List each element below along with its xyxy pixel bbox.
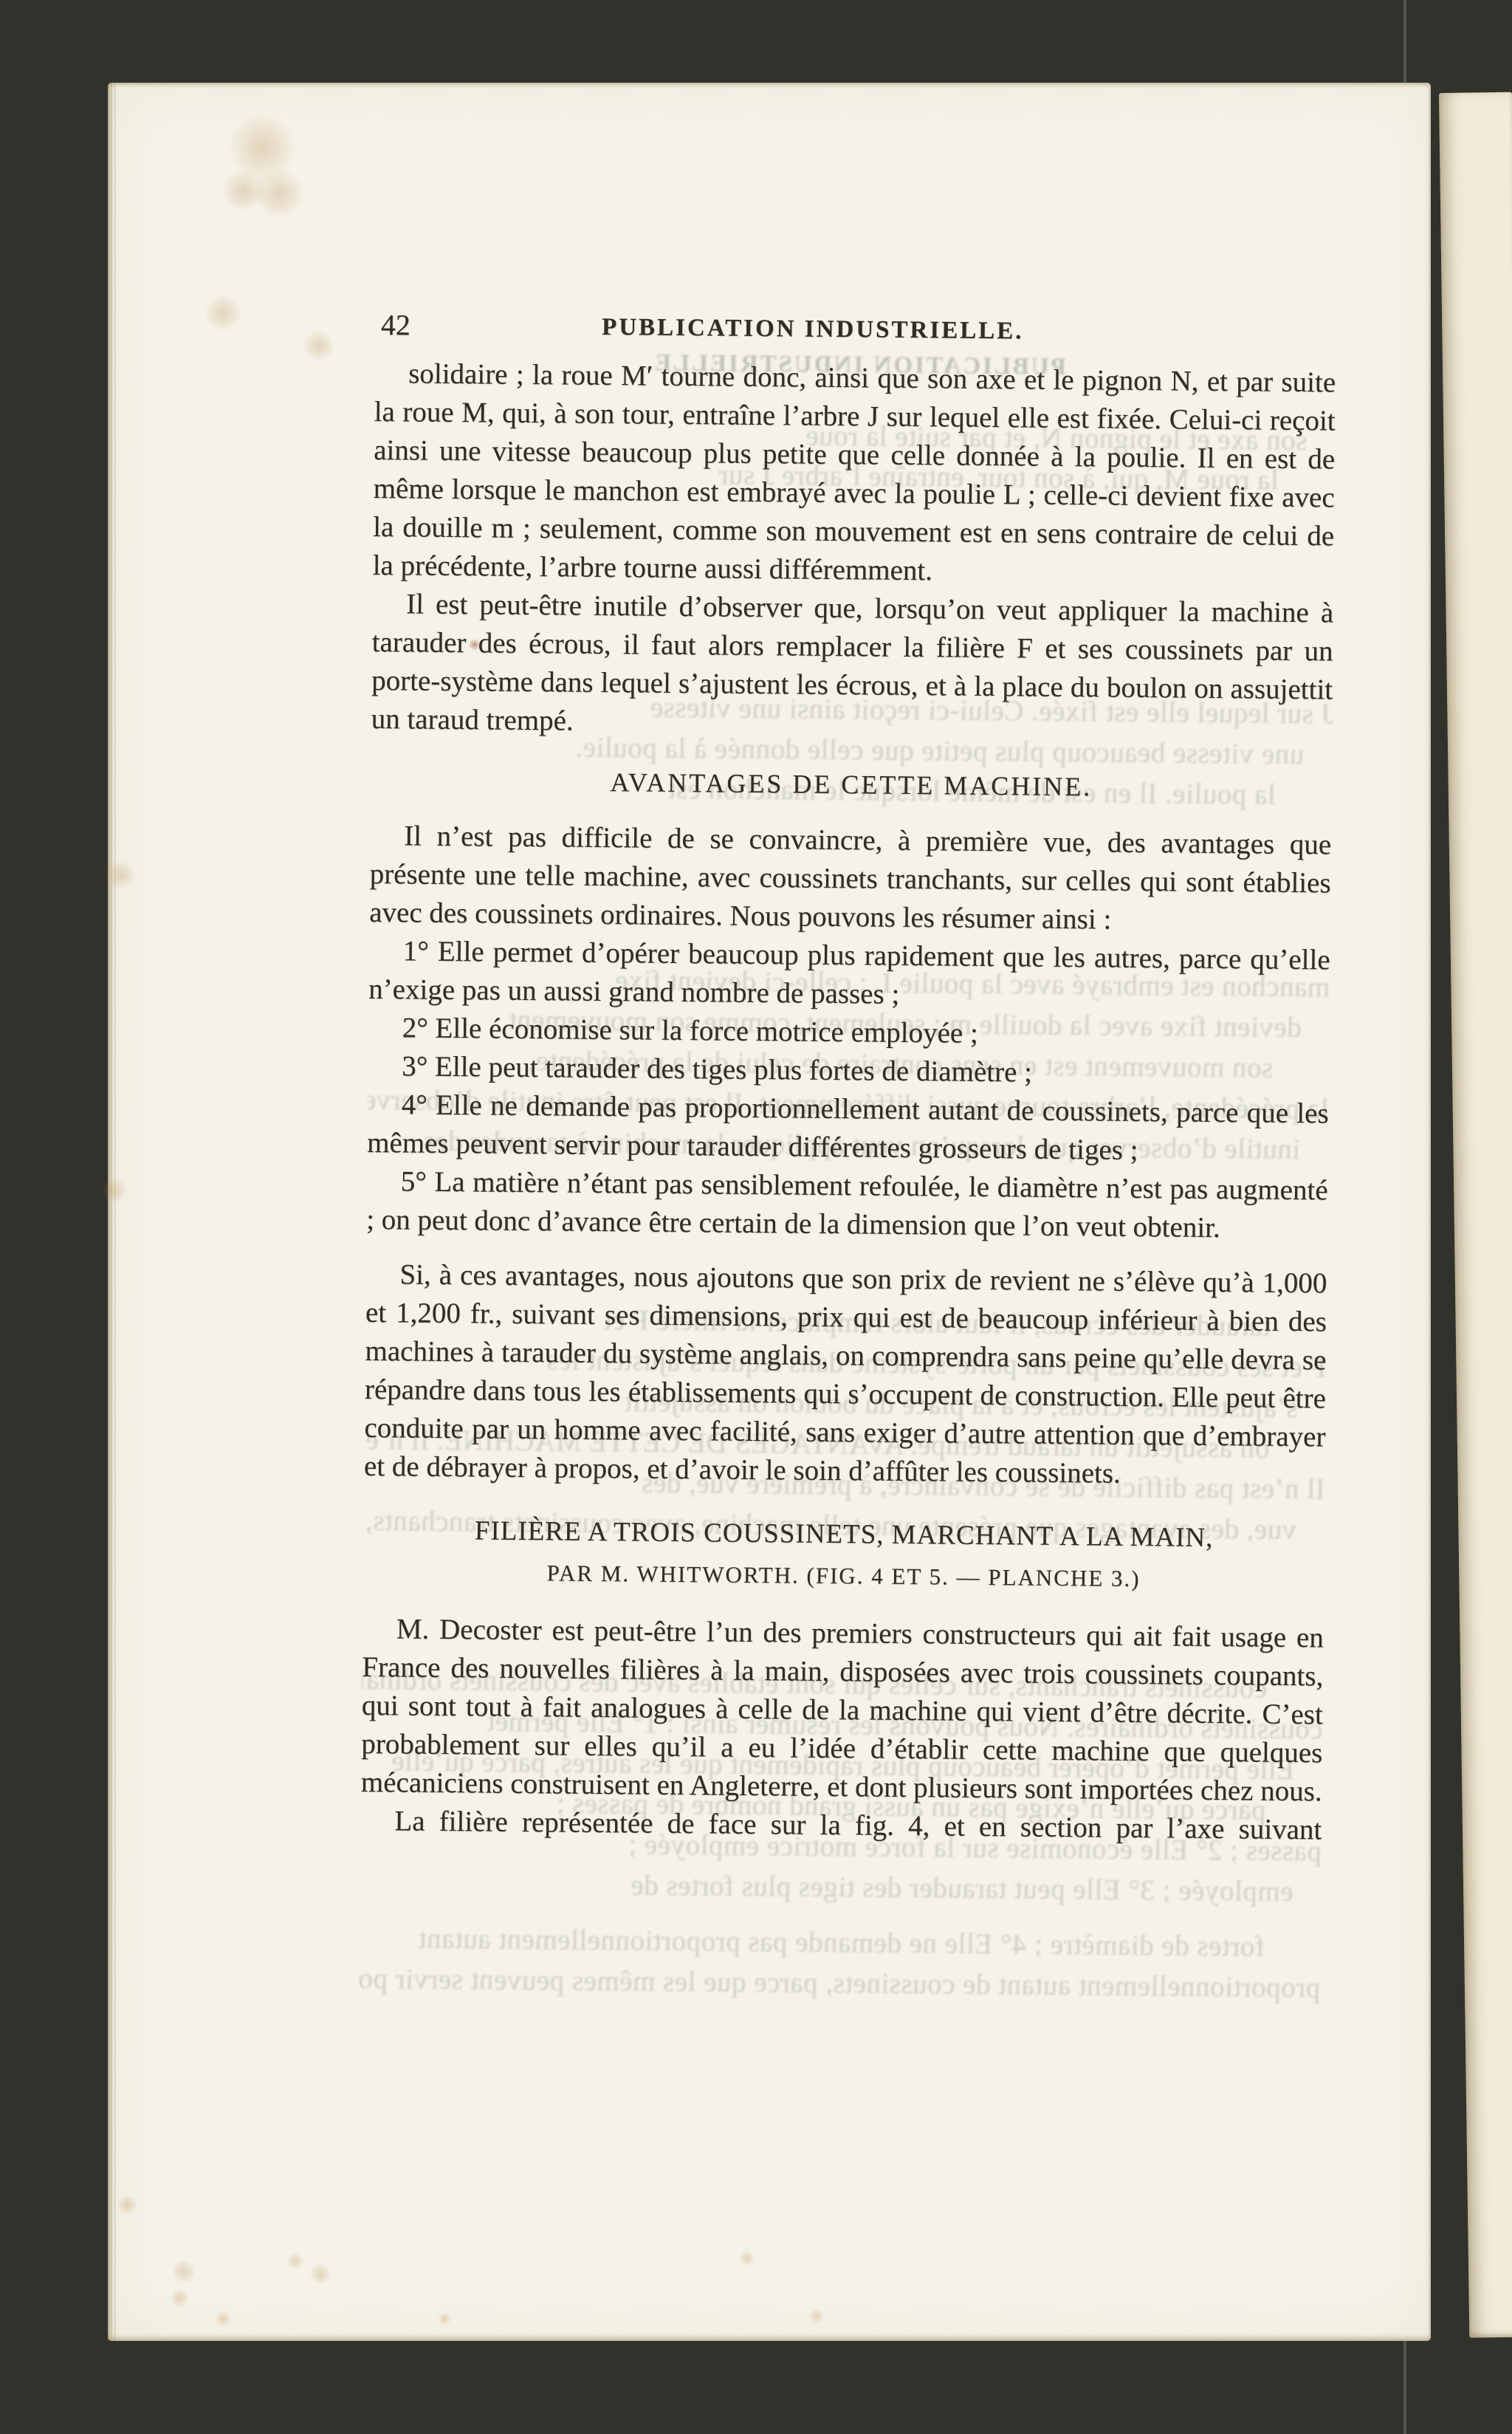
foxing-stain (215, 2311, 231, 2327)
list-item: 5° La matière n’étant pas sensiblement r… (366, 1162, 1328, 1248)
text-flow: solidaire ; la roue M′ tourne donc, ains… (360, 354, 1336, 1849)
paragraph: Il n’est pas difficile de se convaincre,… (369, 817, 1331, 941)
foxing-stain (809, 2308, 824, 2323)
paragraph: solidaire ; la roue M′ tourne donc, ains… (372, 354, 1336, 594)
page-header: 42 PUBLICATION INDUSTRIELLE. (375, 306, 1336, 353)
book-page: PUBLICATION INDUSTRIELLE.son axe et le p… (108, 83, 1431, 2341)
list-item: 1° Elle permet d’opérer beaucoup plus ra… (368, 932, 1330, 1018)
foxing-stain (303, 329, 335, 362)
running-title: PUBLICATION INDUSTRIELLE. (332, 305, 1293, 352)
subtitle: FILIÈRE A TROIS COUSSINETS, MARCHANT A L… (363, 1511, 1324, 1558)
bleedthrough-line: fortes de diamètre ; 4° Elle ne demande … (360, 1919, 1321, 1967)
printed-column: PUBLICATION INDUSTRIELLE.son axe et le p… (356, 83, 1339, 2350)
foxing-stain (286, 2252, 304, 2270)
next-page-edge (1439, 92, 1512, 2338)
foxing-stain (469, 639, 481, 651)
list-item: 4° Elle ne demande pas proportionnelleme… (367, 1086, 1329, 1171)
bleedthrough-line: proportionnellement autant de coussinets… (359, 1960, 1320, 2007)
paragraph-cont: La filière représentée de face sur la fi… (360, 1802, 1322, 1849)
subtitle-sub: PAR M. WHITWORTH. (FIG. 4 ET 5. — PLANCH… (362, 1552, 1324, 1600)
foxing-stain (117, 2195, 137, 2215)
paragraph: M. Decoster est peut-être l’un des premi… (361, 1610, 1324, 1811)
foxing-stain (204, 294, 242, 332)
foxing-stain (102, 1178, 127, 1203)
foxing-stain (170, 2289, 189, 2308)
foxing-stain (253, 168, 305, 219)
foxing-stain (438, 2312, 451, 2325)
foxing-stain (171, 2259, 196, 2284)
foxing-stain (106, 860, 135, 890)
section-heading: AVANTAGES DE CETTE MACHINE. (371, 761, 1332, 808)
foxing-stain (309, 2263, 331, 2285)
paragraph: Il est peut-être inutile d’observer que,… (371, 585, 1333, 747)
bleedthrough-line: employée ; 3° Elle peut tarauder des tig… (360, 1864, 1321, 1911)
foxing-stain (739, 2250, 755, 2266)
paragraph: Si, à ces avantages, nous ajoutons que s… (364, 1255, 1327, 1495)
page-edge-stack (108, 83, 117, 2341)
